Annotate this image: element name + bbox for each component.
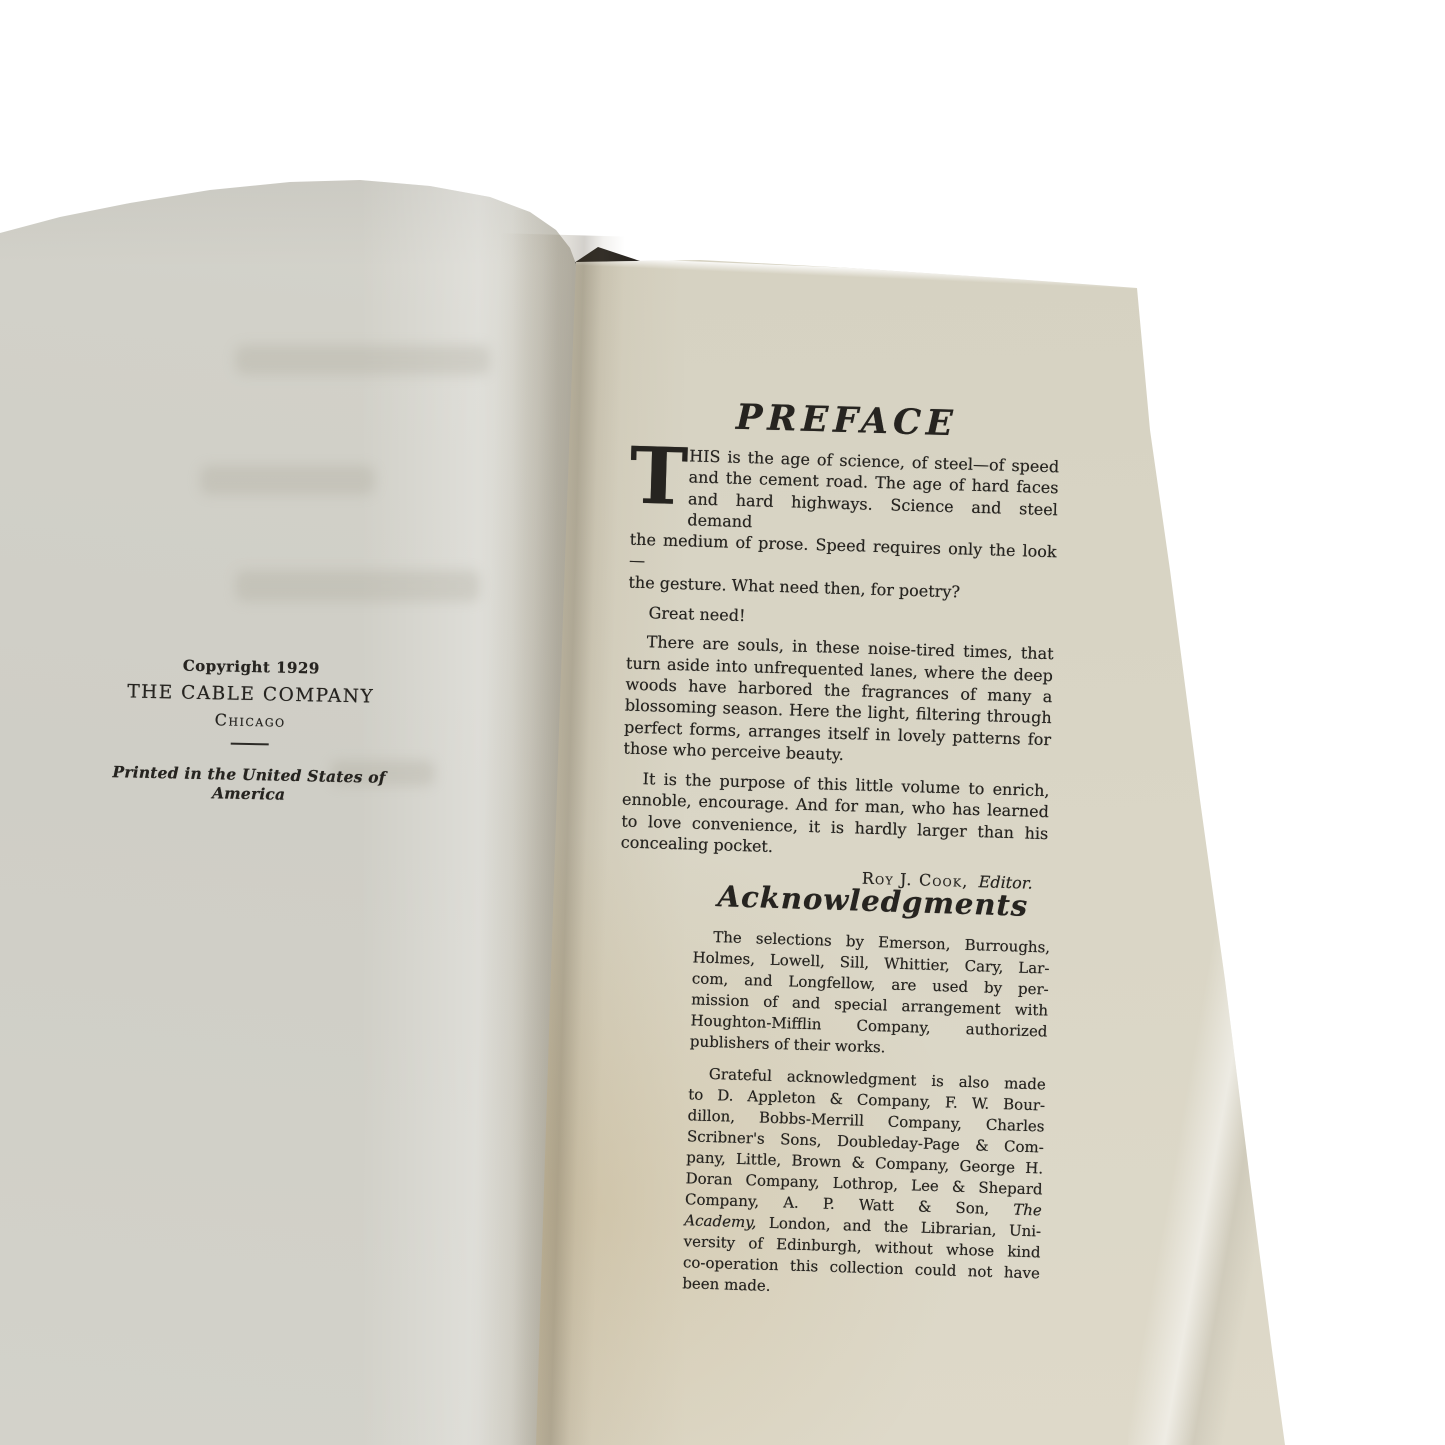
preface-paragraph-3: It is the purpose of this little volume … (620, 768, 1049, 866)
preface-section: PREFACE T HIS is the age of science, of … (620, 394, 1061, 894)
ack-p2-line8-italic: Academy, (684, 1211, 757, 1231)
bleed-through-title-line-3 (235, 570, 480, 602)
bleed-through-title-line-1 (235, 345, 490, 375)
right-page-fore-edge (1128, 286, 1288, 1445)
great-need-line: Great need! (627, 602, 1054, 636)
preface-paragraph-2: There are souls, in these noise-tired ti… (623, 631, 1054, 771)
publisher-city: Chicago (100, 708, 400, 733)
ack-p2-line7-italic: The (1013, 1201, 1042, 1220)
drop-cap-T: T (629, 447, 689, 509)
divider-rule (231, 743, 269, 746)
preface-paragraph-1: T HIS is the age of science, of steel—of… (628, 444, 1059, 606)
open-book-photo: Copyright 1929 THE CABLE COMPANY Chicago… (0, 0, 1445, 1445)
acknowledgments-paragraph-1: The selections by Emerson, Burroughs, Ho… (690, 926, 1051, 1063)
printed-in-line: Printed in the United States of America (99, 762, 400, 806)
bleed-through-title-line-2 (200, 465, 375, 495)
copyright-block: Copyright 1929 THE CABLE COMPANY Chicago… (99, 655, 402, 806)
acknowledgments-paragraph-2: Grateful acknowledgment is also made to … (682, 1063, 1046, 1305)
acknowledgments-section: Acknowledgments The selections by Emerso… (682, 878, 1052, 1305)
publisher-name: THE CABLE COMPANY (101, 681, 401, 708)
